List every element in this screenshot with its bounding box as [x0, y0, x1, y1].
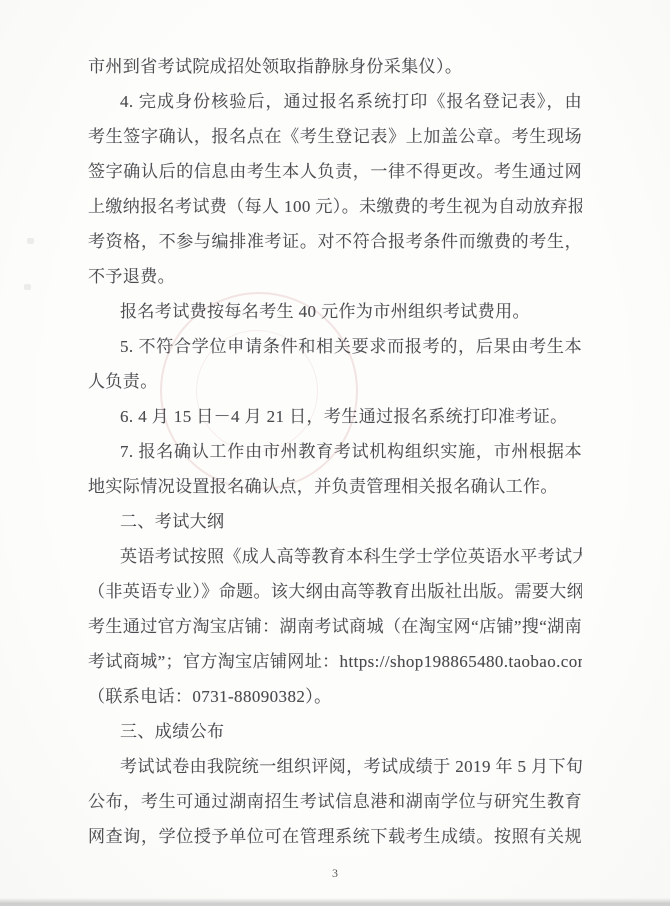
- text-line: 考试试卷由我院统一组织评阅，考试成绩于 2019 年 5 月下旬: [88, 749, 582, 784]
- text-line: 5. 不符合学位申请条件和相关要求而报考的，后果由考生本: [88, 329, 582, 364]
- text-line: 人负责。: [88, 364, 582, 399]
- scan-speck: [27, 238, 34, 244]
- text-line: 公布，考生可通过湖南招生考试信息港和湖南学位与研究生教育: [88, 784, 582, 819]
- text-line: 考资格，不参与编排准考证。对不符合报考条件而缴费的考生，: [88, 224, 582, 259]
- section-heading: 三、成绩公布: [88, 714, 582, 749]
- text-line: 市州到省考试院成招处领取指静脉身份采集仪）。: [88, 49, 582, 84]
- text-line: （非英语专业）》命题。该大纲由高等教育出版社出版。需要大纲的: [88, 574, 582, 609]
- section-heading: 二、考试大纲: [88, 504, 582, 539]
- text-line: 7. 报名确认工作由市州教育考试机构组织实施，市州根据本: [88, 434, 582, 469]
- text-line: 网查询，学位授予单位可在管理系统下载考生成绩。按照有关规: [88, 819, 582, 854]
- text-line: 英语考试按照《成人高等教育本科生学士学位英语水平考试大纲: [88, 539, 582, 574]
- text-line: （联系电话：0731-88090382）。: [88, 679, 582, 714]
- scan-edge-artifact: [0, 898, 670, 906]
- text-line: 考生签字确认，报名点在《考生登记表》上加盖公章。考生现场: [88, 119, 582, 154]
- text-line: 考试商城”；官方淘宝店铺网址：https://shop198865480.tao…: [88, 644, 582, 679]
- text-line: 4. 完成身份核验后，通过报名系统打印《报名登记表》，由: [88, 84, 582, 119]
- text-line: 上缴纳报名考试费（每人 100 元）。未缴费的考生视为自动放弃报: [88, 189, 582, 224]
- text-line: 考生通过官方淘宝店铺：湖南考试商城（在淘宝网“店铺”搜“湖南: [88, 609, 582, 644]
- document-body: 市州到省考试院成招处领取指静脉身份采集仪）。4. 完成身份核验后，通过报名系统打…: [88, 49, 582, 854]
- document-page: 市州到省考试院成招处领取指静脉身份采集仪）。4. 完成身份核验后，通过报名系统打…: [0, 0, 670, 906]
- text-line: 不予退费。: [88, 259, 582, 294]
- page-number: 3: [0, 866, 670, 881]
- text-line: 签字确认后的信息由考生本人负责，一律不得更改。考生通过网: [88, 154, 582, 189]
- text-line: 报名考试费按每名考生 40 元作为市州组织考试费用。: [88, 294, 582, 329]
- text-line: 地实际情况设置报名确认点，并负责管理相关报名确认工作。: [88, 469, 582, 504]
- scan-speck: [24, 284, 31, 290]
- text-line: 6. 4 月 15 日－4 月 21 日，考生通过报名系统打印准考证。: [88, 399, 582, 434]
